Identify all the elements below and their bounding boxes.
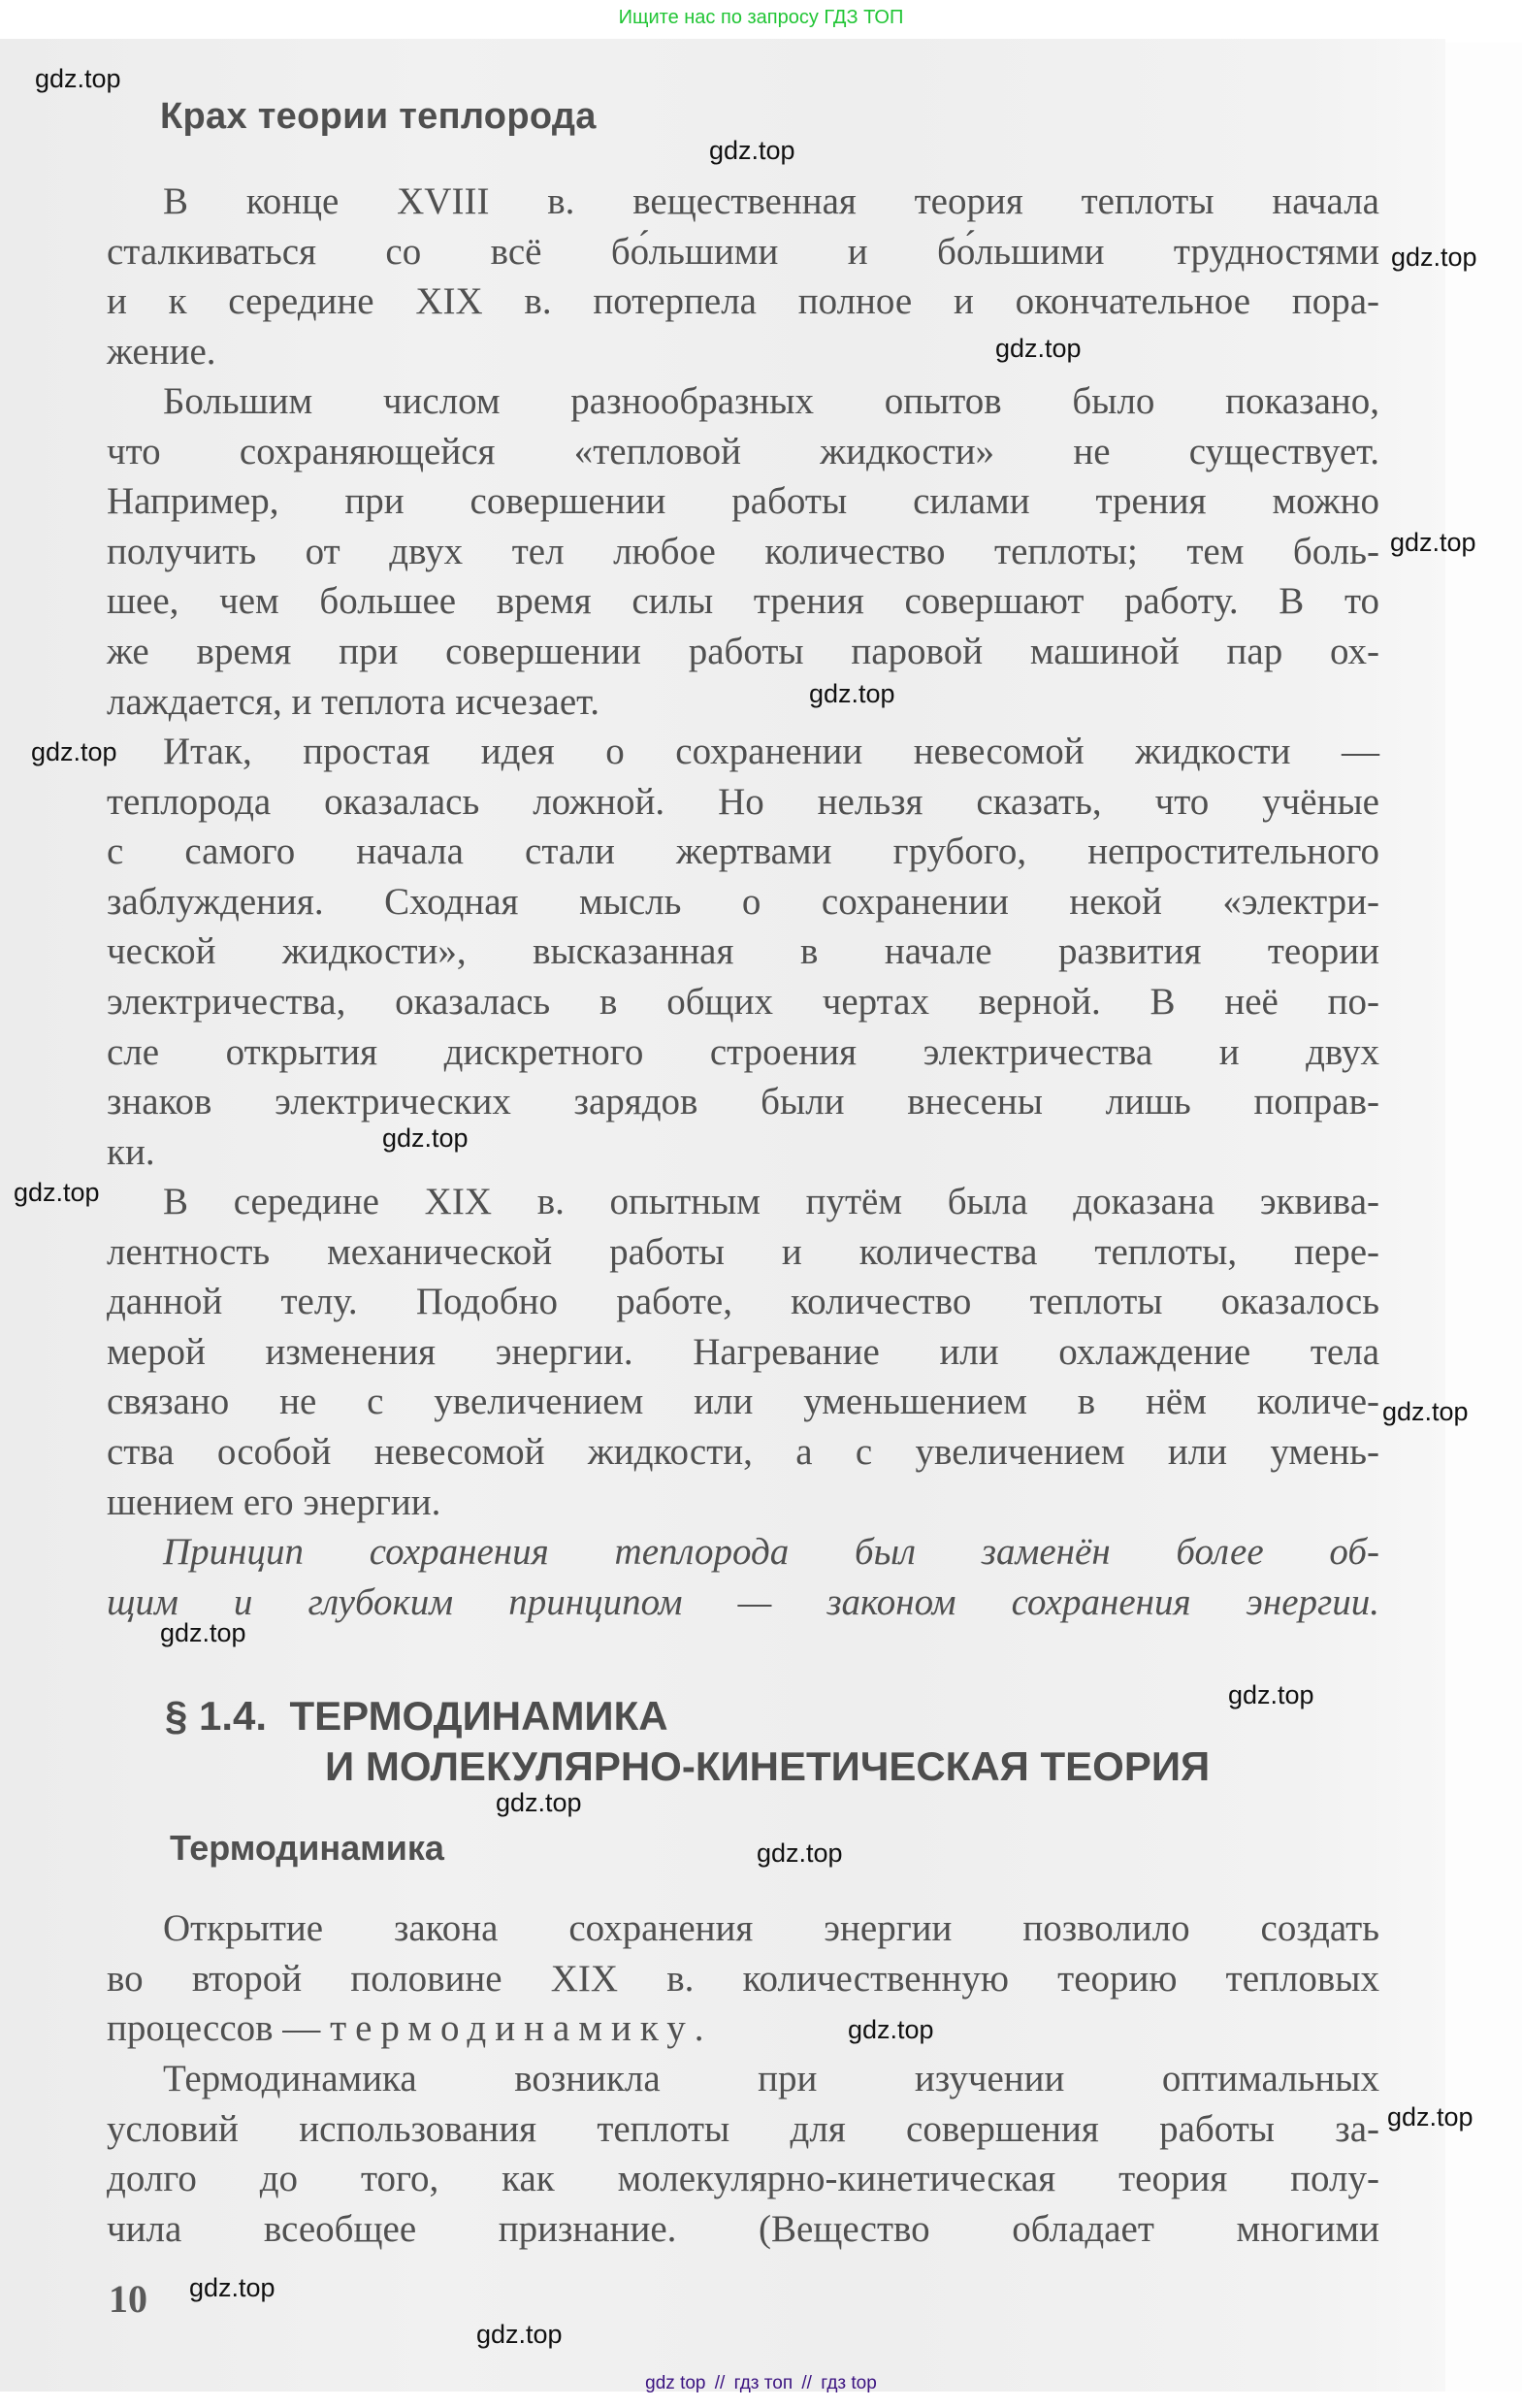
section-number: § 1.4. xyxy=(165,1693,267,1739)
watermark: gdz.top xyxy=(31,737,117,767)
watermark: gdz.top xyxy=(476,2320,563,2350)
text-line: щим и глубоким принципом — законом сохра… xyxy=(107,1578,1379,1628)
text-line: шее, чем большее время силы трения совер… xyxy=(107,576,1379,627)
text-span: . xyxy=(695,2007,704,2049)
text-line: знаков электрических зарядов были внесен… xyxy=(107,1077,1379,1127)
top-banner: Ищите нас по запросу ГДЗ ТОП xyxy=(0,0,1522,39)
watermark: gdz.top xyxy=(160,1618,246,1648)
text-line: заблуждения. Сходная мысль о сохранении … xyxy=(107,877,1379,927)
watermark: gdz.top xyxy=(1382,1397,1469,1427)
text-line: Итак, простая идея о сохранении невесомо… xyxy=(107,727,1379,777)
text-line: данной телу. Подобно работе, количество … xyxy=(107,1277,1379,1327)
text-line: лентность механической работы и количест… xyxy=(107,1227,1379,1278)
text-line: Открытие закона сохранения энергии позво… xyxy=(107,1904,1379,1954)
text-line: Большим числом разнообразных опытов было… xyxy=(107,376,1379,427)
watermark: gdz.top xyxy=(14,1178,100,1208)
text-line: же время при совершении работы паровой м… xyxy=(107,627,1379,677)
text-line: В конце XVIII в. вещественная теория теп… xyxy=(107,177,1379,227)
text-line: Принцип сохранения теплорода был заменён… xyxy=(107,1527,1379,1578)
watermark: gdz.top xyxy=(848,2015,934,2045)
text-line: и к середине XIX в. потерпела полное и о… xyxy=(107,277,1379,327)
text-line: долго до того, как молекулярно-кинетичес… xyxy=(107,2154,1379,2204)
text-line: получить от двух тел любое количество те… xyxy=(107,527,1379,577)
text-line: жение. xyxy=(107,327,1379,377)
text-line: мерой изменения энергии. Нагревание или … xyxy=(107,1327,1379,1378)
text-line: ства особой невесомой жидкости, а с увел… xyxy=(107,1427,1379,1478)
text-line: Термодинамика возникла при изучении опти… xyxy=(107,2054,1379,2104)
paragraph-1: В конце XVIII в. вещественная теория теп… xyxy=(107,177,1379,376)
text-line: чила всеобщее признание. (Вещество облад… xyxy=(107,2204,1379,2255)
paragraph-4: В середине XIX в. опытным путём была док… xyxy=(107,1177,1379,1527)
watermark: gdz.top xyxy=(189,2273,275,2303)
heading-thermodynamics: Термодинамика xyxy=(170,1828,444,1869)
paragraph-6: Термодинамика возникла при изучении опти… xyxy=(107,2054,1379,2254)
search-hint-link[interactable]: Ищите нас по запросу ГДЗ ТОП xyxy=(619,7,904,29)
watermark: gdz.top xyxy=(1387,2102,1473,2132)
footer-link-gdz-top-ru[interactable]: гдз топ xyxy=(734,2373,793,2393)
text-line: Например, при совершении работы силами т… xyxy=(107,476,1379,527)
watermark: gdz.top xyxy=(1390,528,1476,558)
watermark: gdz.top xyxy=(382,1123,469,1154)
text-line: что сохраняющейся «тепловой жидкости» не… xyxy=(107,427,1379,477)
text-line: условий использования теплоты для соверш… xyxy=(107,2104,1379,2155)
text-line: связано не с увеличением или уменьшением… xyxy=(107,1377,1379,1427)
text-line: во второй половине XIX в. количественную… xyxy=(107,1954,1379,2004)
paragraph-5: Открытие закона сохранения энергии позво… xyxy=(107,1904,1379,2054)
text-line: В середине XIX в. опытным путём была док… xyxy=(107,1177,1379,1227)
separator: // xyxy=(715,2373,726,2393)
paragraph-3: Итак, простая идея о сохранении невесомо… xyxy=(107,727,1379,1177)
text-line: теплорода оказалась ложной. Но нельзя ск… xyxy=(107,777,1379,828)
section-title-line-1: § 1.4. ТЕРМОДИНАМИКА xyxy=(165,1691,1210,1741)
heading-caloric-collapse: Крах теории теплорода xyxy=(160,96,597,138)
section-title-text-1: ТЕРМОДИНАМИКА xyxy=(289,1693,667,1739)
watermark: gdz.top xyxy=(809,679,895,709)
watermark: gdz.top xyxy=(757,1839,843,1869)
text-line: шением его энергии. xyxy=(107,1478,1379,1528)
text-line: сле открытия дискретного строения электр… xyxy=(107,1027,1379,1078)
watermark: gdz.top xyxy=(35,64,121,94)
watermark: gdz.top xyxy=(496,1788,582,1818)
text-line: ки. xyxy=(107,1127,1379,1178)
paragraph-2: Большим числом разнообразных опытов было… xyxy=(107,376,1379,727)
section-title: § 1.4. ТЕРМОДИНАМИКА И МОЛЕКУЛЯРНО-КИНЕТ… xyxy=(165,1691,1210,1792)
watermark: gdz.top xyxy=(995,334,1082,364)
text-line: ческой жидкости», высказанная в начале р… xyxy=(107,927,1379,977)
footer-links: gdz top // гдз топ // гдз top xyxy=(0,2373,1522,2394)
text-span: процессов — xyxy=(107,2007,330,2049)
watermark: gdz.top xyxy=(1391,243,1477,273)
watermark: gdz.top xyxy=(709,136,795,166)
text-line: лаждается, и теплота исчезает. xyxy=(107,677,1379,728)
principle-statement: Принцип сохранения теплорода был заменён… xyxy=(107,1527,1379,1627)
text-line: процессов — термодинамику. xyxy=(107,2003,1379,2054)
watermark: gdz.top xyxy=(1228,1680,1314,1710)
text-line: с самого начала стали жертвами грубого, … xyxy=(107,827,1379,877)
page-number: 10 xyxy=(109,2276,147,2322)
footer-link-gdz-top[interactable]: gdz top xyxy=(645,2373,705,2393)
text-line: электричества, оказалась в общих чертах … xyxy=(107,977,1379,1027)
separator: // xyxy=(801,2373,812,2393)
footer-link-gdz-top-mixed[interactable]: гдз top xyxy=(821,2373,877,2393)
text-line: сталкиваться со всё бо́льшими и бо́льшим… xyxy=(107,227,1379,277)
term-thermodynamics: термодинамику xyxy=(330,2007,695,2049)
section-title-line-2: И МОЛЕКУЛЯРНО-КИНЕТИЧЕСКАЯ ТЕОРИЯ xyxy=(165,1741,1210,1792)
page-margin-right xyxy=(1445,43,1522,2392)
